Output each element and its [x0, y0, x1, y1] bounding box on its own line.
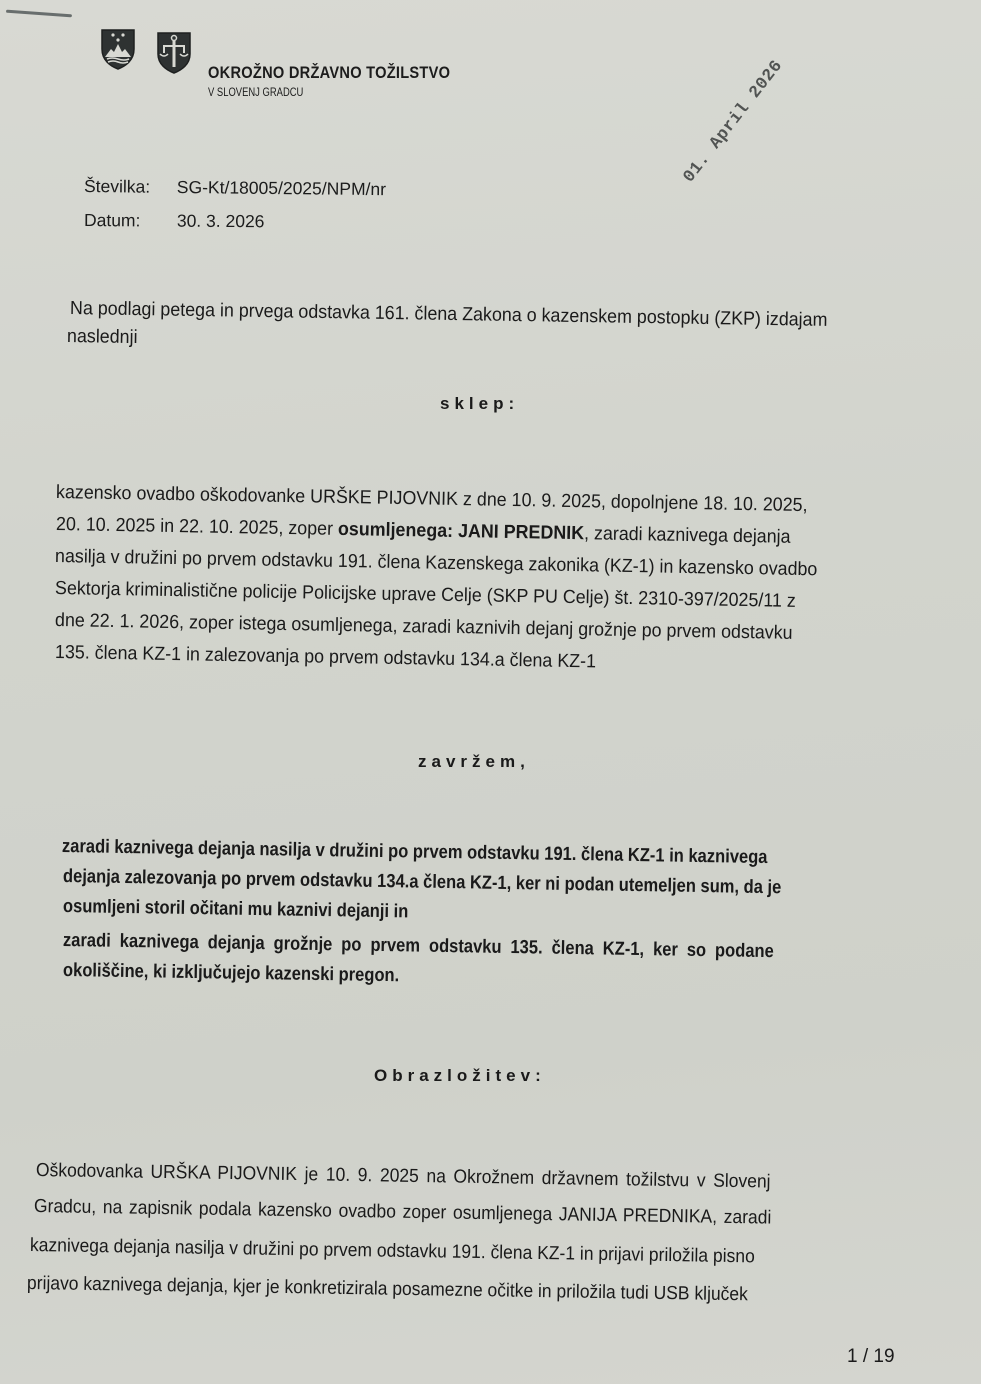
page-number: 1 / 19 [847, 1346, 895, 1368]
subject-line: Sektorja kriminalistične policije Polici… [55, 578, 796, 613]
institution-name: OKROŽNO DRŽAVNO TOŽILSTVO [208, 63, 450, 83]
grounds-line: zaradi kaznivega dejanja grožnje po prve… [63, 930, 774, 963]
dismissal-heading: zavržem, [418, 752, 530, 772]
subject-line: dne 22. 1. 2026, zoper istega osumljeneg… [55, 610, 793, 645]
subject-line: 20. 10. 2025 in 22. 10. 2025, zoper osum… [56, 514, 791, 549]
reasoning-line: Gradcu, na zapisnik podala kazensko ovad… [34, 1196, 772, 1230]
subject-text: 20. 10. 2025 in 22. 10. 2025, zoper [56, 514, 338, 540]
case-number-row: Številka: SG-Kt/18005/2025/NPM/nr [84, 176, 386, 200]
reasoning-heading: Obrazložitev: [374, 1066, 546, 1086]
reasoning-line: prijavo kaznivega dejanja, kjer je konkr… [27, 1273, 748, 1306]
intro-line: Na podlagi petega in prvega odstavka 161… [70, 298, 828, 332]
reasoning-line: kaznivega dejanja nasilja v družini po p… [30, 1235, 755, 1268]
grounds-line: okoliščine, ki izključujejo kazenski pre… [63, 960, 400, 987]
case-number-label: Številka: [84, 176, 172, 198]
slovenia-coat-of-arms-icon [99, 27, 137, 71]
subject-line: nasilja v družini po prvem odstavku 191.… [55, 546, 818, 581]
date-label: Datum: [84, 210, 172, 232]
suspect-name: osumljenega: JANI PREDNIK [338, 519, 584, 544]
pen-mark [6, 10, 72, 18]
document-page: OKROŽNO DRŽAVNO TOŽILSTVO V SLOVENJ GRAD… [0, 0, 981, 1384]
grounds-line: zaradi kaznivega dejanja nasilja v druži… [62, 836, 768, 869]
date-value: 30. 3. 2026 [177, 211, 265, 232]
intro-line: naslednji [67, 326, 138, 349]
date-row: Datum: 30. 3. 2026 [84, 210, 265, 232]
institution-location: V SLOVENJ GRADCU [208, 87, 303, 99]
case-number-value: SG-Kt/18005/2025/NPM/nr [177, 177, 386, 199]
subject-line: kazensko ovadbo oškodovanke URŠKE PIJOVN… [56, 482, 808, 517]
received-date-stamp: 01. April 2026 [680, 57, 787, 187]
decision-heading: sklep: [440, 394, 519, 414]
prosecutor-emblem-icon [155, 30, 193, 74]
grounds-line: dejanja zalezovanja po prvem odstavku 13… [63, 866, 782, 899]
subject-text: , zaradi kaznivega dejanja [584, 523, 791, 548]
reasoning-line: Oškodovanka URŠKA PIJOVNIK je 10. 9. 202… [36, 1160, 771, 1194]
subject-line: 135. člena KZ-1 in zalezovanja po prvem … [55, 642, 596, 673]
grounds-line: osumljeni storil očitani mu kaznivi deja… [63, 896, 409, 923]
